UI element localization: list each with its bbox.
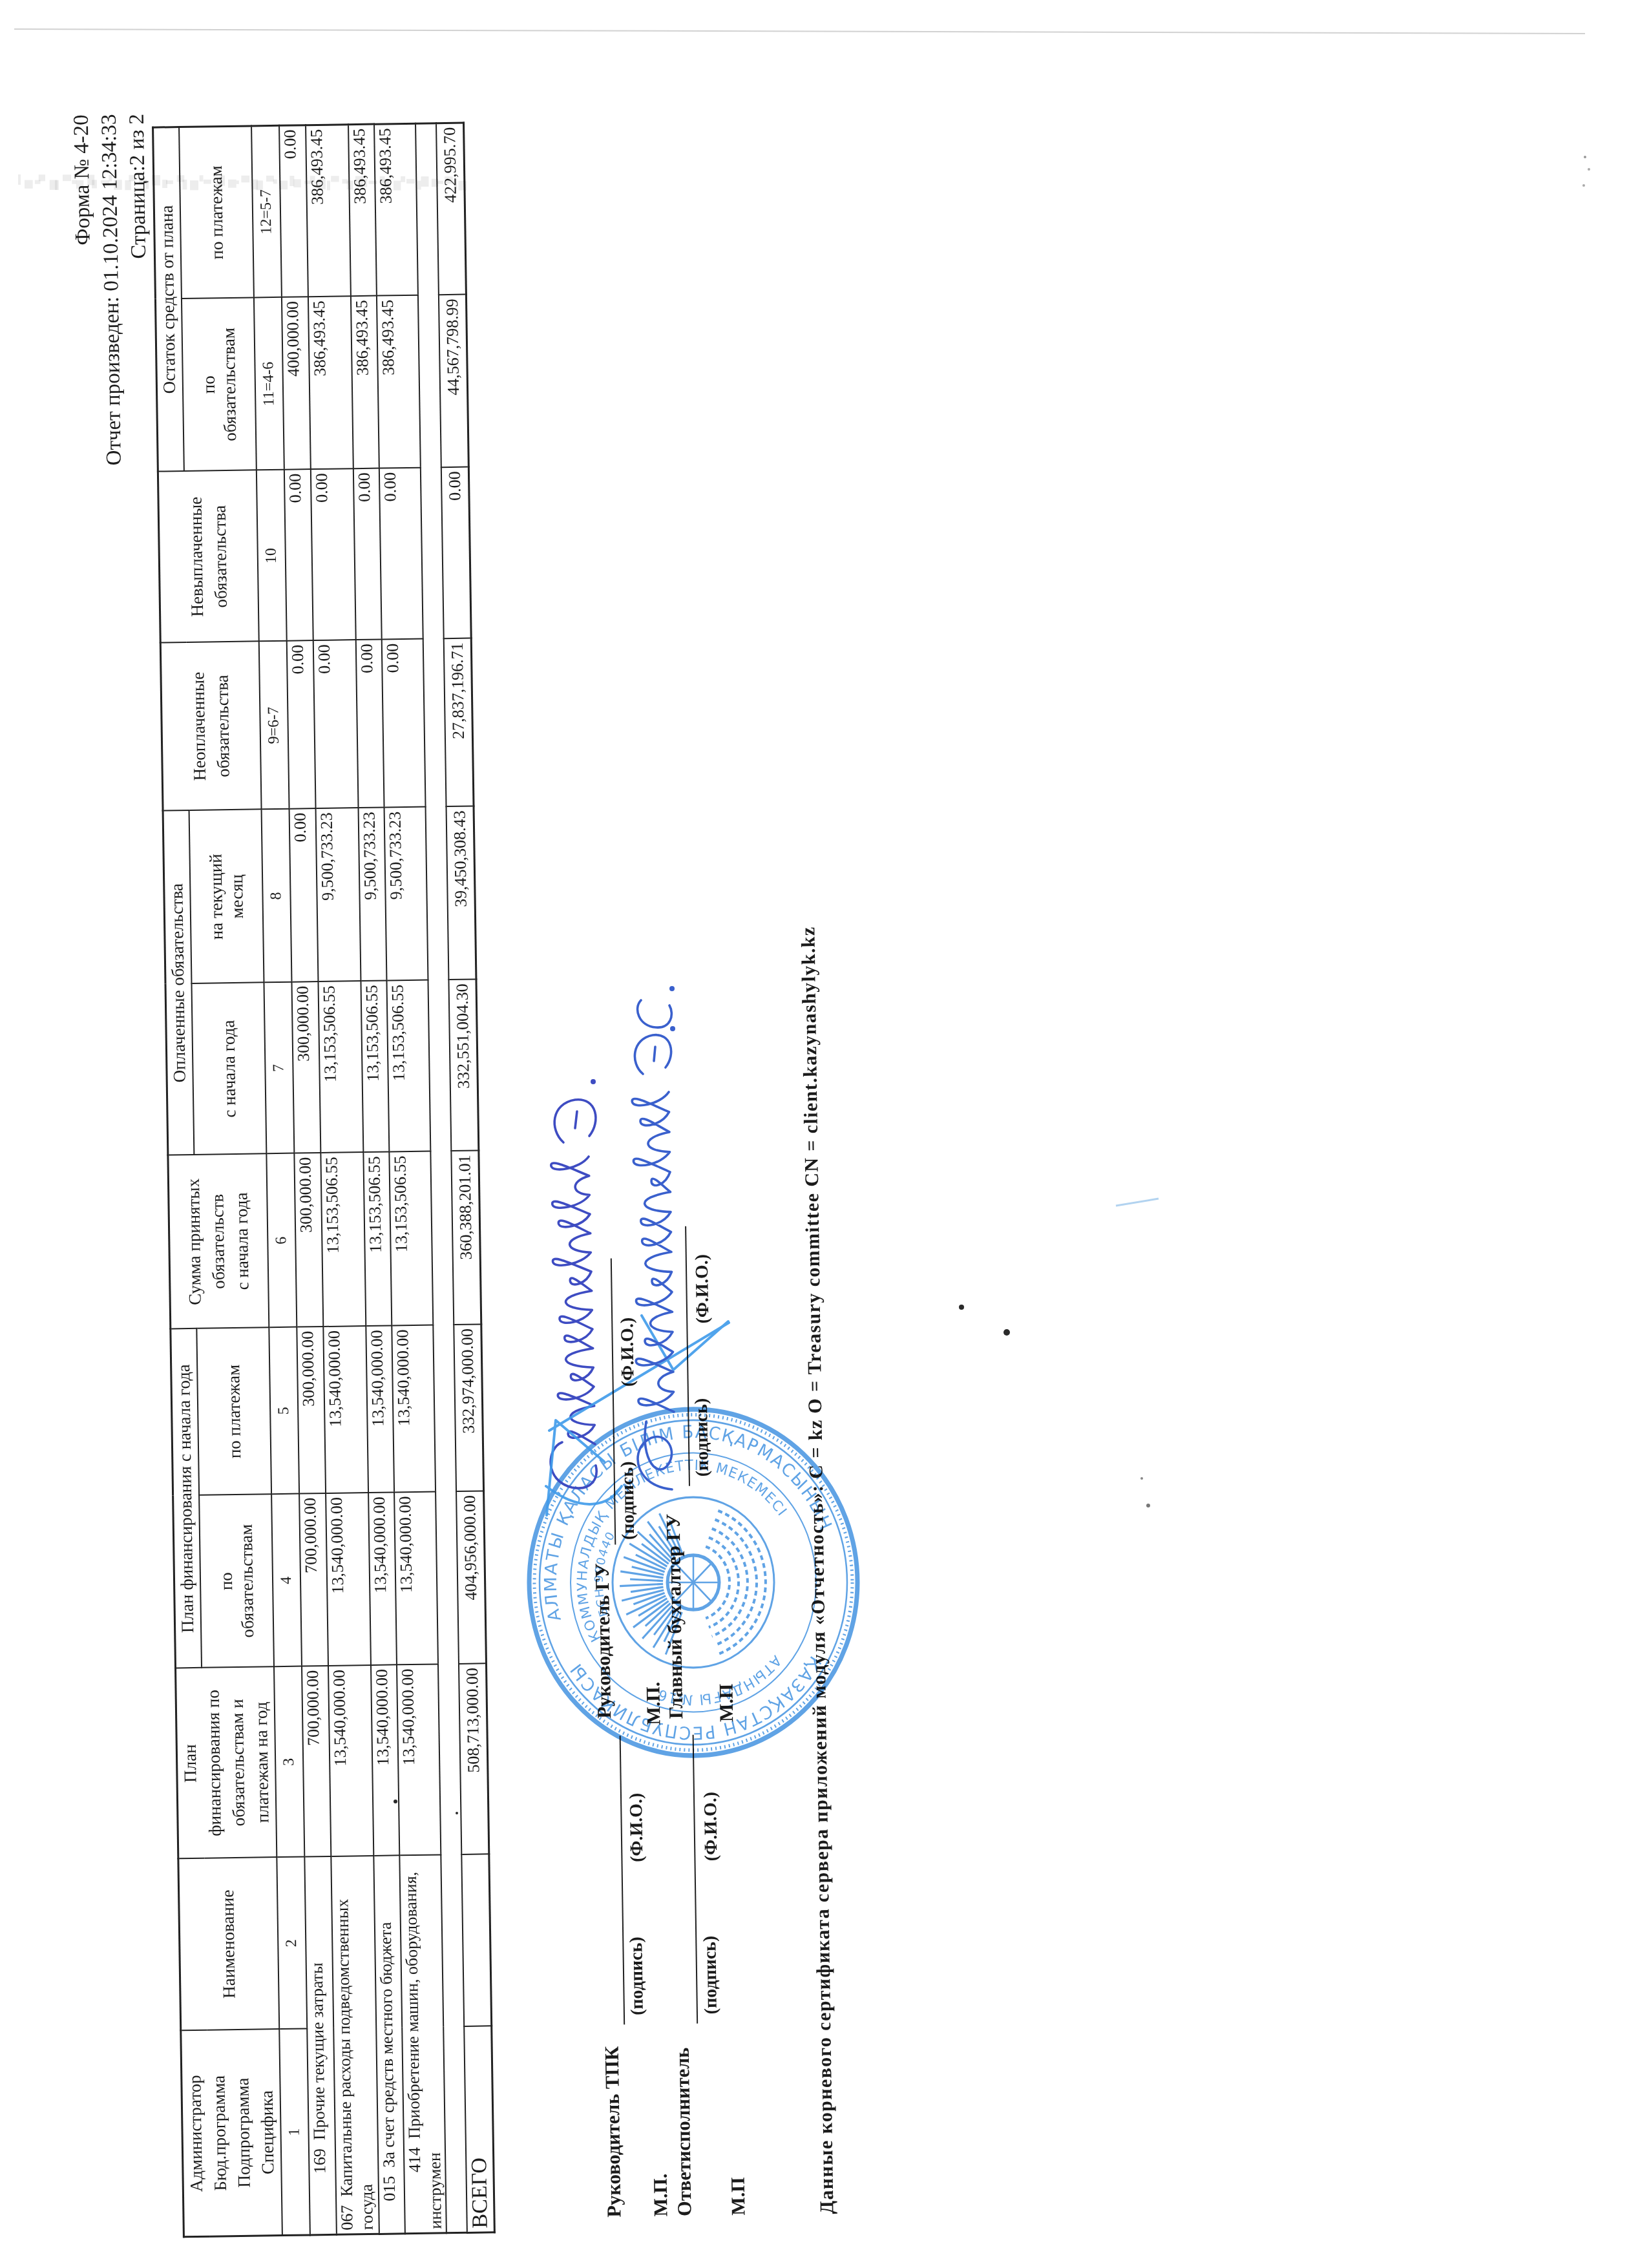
- cell-plan-ytd-payments: 13,540,000.00: [366, 1326, 394, 1493]
- header-balance-obligations: по обязательствам: [181, 298, 256, 472]
- cell-plan-annual: 700,000.00: [302, 1666, 331, 1857]
- column-number: 10: [256, 470, 286, 642]
- header-line: Неоплаченные: [186, 646, 213, 807]
- cell-balance-obligations: 386,493.45: [350, 296, 379, 469]
- certificate-info: Данные корневого сертификата сервера при…: [798, 926, 837, 2214]
- column-number: 11=4-6: [253, 297, 284, 470]
- column-number: 9=6-7: [258, 641, 289, 810]
- name-hint: (Ф.И.О.): [693, 1254, 713, 1324]
- header-line: обязательств: [205, 1159, 232, 1325]
- column-number: 1: [279, 2029, 310, 2236]
- seal-mark: М.П: [716, 1684, 737, 1723]
- header-annual-plan: План финансирования по обязательствам и …: [176, 1667, 277, 1859]
- total-accepted-ytd: 360,388,201.01: [451, 1151, 481, 1325]
- budget-code: 169: [310, 2148, 329, 2174]
- page-content: Форма № 4-20 Отчет произведен: 01.10.202…: [0, 0, 1649, 2268]
- header-plan-ytd-obligations: по обязательствам: [199, 1495, 274, 1668]
- rotated-page: Форма № 4-20 Отчет произведен: 01.10.202…: [0, 0, 1649, 2268]
- header-administrator: Администратор Бюд.программа Подпрограмма…: [181, 2030, 282, 2237]
- budget-code: 067: [337, 2205, 357, 2230]
- cell-undisbursed: 0.00: [310, 469, 355, 641]
- name-hint: (Ф.И.О.): [618, 1318, 638, 1387]
- cell-unpaid: 0.00: [381, 639, 425, 808]
- header-paid-current-month: на текущий месяц: [189, 810, 264, 984]
- signature-hint: (подпись): [627, 1937, 647, 2015]
- header-line: с начала года: [229, 1158, 256, 1325]
- seal-mark: М.П.: [643, 1682, 664, 1725]
- cell-unpaid: 0.00: [355, 640, 384, 808]
- cell-balance-obligations: 386,493.45: [308, 297, 353, 470]
- budget-code: 015: [379, 2176, 399, 2201]
- cell-plan-ytd-obligations: 13,540,000.00: [394, 1492, 438, 1665]
- header-unpaid-obligations: Неоплаченные обязательства: [160, 642, 261, 811]
- header-undisbursed-obligations: Невыплаченные обязательства: [158, 470, 258, 643]
- header-line: обязательствам: [218, 302, 241, 467]
- total-plan-ytd-payments: 332,974,000.00: [454, 1325, 483, 1492]
- cell-plan-annual: 13,540,000.00: [328, 1665, 373, 1856]
- header-line: Специфика: [254, 2033, 280, 2232]
- signer-role-chief-accountant: Главный бухгалтер ГУ: [663, 1513, 687, 1719]
- total-paid-ytd: 332,551,004.30: [448, 980, 478, 1151]
- header-line: Администратор: [182, 2034, 209, 2232]
- header-line: по: [215, 1499, 238, 1664]
- cell-plan-ytd-payments: 300,000.00: [297, 1327, 326, 1494]
- budget-item-name: Прочие текущие затраты: [307, 1962, 328, 2140]
- seal-mark: М.П: [728, 2177, 750, 2216]
- header-name: Наименование: [178, 1858, 279, 2031]
- budget-item-name: За счет средств местного бюджета: [375, 1922, 398, 2168]
- cell-plan-annual: 13,540,000.00: [370, 1665, 399, 1856]
- signer-role-institution-head: Руководитель ГУ: [592, 1563, 615, 1719]
- total-name-cell: [461, 1854, 491, 2027]
- header-line: Подпрограмма: [230, 2033, 257, 2232]
- column-number: 5: [269, 1327, 299, 1495]
- total-balance-obligations: 44,567,798.99: [438, 295, 468, 468]
- header-line: платежам на год: [249, 1671, 275, 1854]
- cell-plan-ytd-payments: 13,540,000.00: [392, 1325, 436, 1493]
- header-line: обязательства: [207, 474, 234, 638]
- cell-balance-obligations: 400,000.00: [281, 297, 310, 470]
- cell-accepted-ytd: 13,153,506.55: [320, 1153, 366, 1327]
- cell-paid-ytd: 13,153,506.55: [361, 981, 389, 1153]
- header-line: Оплаченные обязательства: [164, 814, 193, 1151]
- cell-accepted-ytd: 300,000.00: [294, 1153, 323, 1328]
- header-balance-payments: по платежам: [179, 126, 254, 299]
- cell-undisbursed: 0.00: [379, 468, 423, 640]
- header-line: План: [177, 1672, 204, 1855]
- cell-paid-current-month: 9,500,733.23: [358, 808, 386, 982]
- total-paid-current-month: 39,450,308.43: [446, 806, 476, 980]
- cell-balance-payments: 386,493.45: [374, 123, 418, 296]
- signature-line: [620, 1736, 625, 2024]
- row-label: 414Приобретение машин, оборудования, инс…: [399, 1855, 446, 2234]
- cell-plan-ytd-obligations: 13,540,000.00: [326, 1493, 371, 1666]
- header-line: Невыплаченные: [184, 475, 210, 639]
- column-number: 12=5-7: [251, 125, 282, 298]
- header-line: обязательствам: [235, 1498, 258, 1663]
- cell-accepted-ytd: 13,153,506.55: [389, 1151, 433, 1326]
- cell-paid-current-month: 9,500,733.23: [384, 807, 428, 981]
- seal-mark: М.П.: [651, 2174, 672, 2217]
- name-hint: (Ф.И.О.): [627, 1792, 647, 1862]
- header-line: Наименование: [216, 1862, 242, 2026]
- name-hint: (Ф.И.О.): [702, 1792, 721, 1862]
- column-number: 8: [261, 809, 291, 983]
- cell-undisbursed: 0.00: [353, 468, 381, 640]
- signature-hint: (подпись): [693, 1398, 712, 1477]
- signer-role-tpk-head: Руководитель ТПК: [602, 2046, 625, 2218]
- cell-balance-payments: 0.00: [279, 125, 308, 298]
- total-balance-payments: 422,995.70: [436, 123, 466, 295]
- header-line: финансирования по: [201, 1672, 227, 1855]
- header-line: обязательства: [210, 646, 236, 806]
- header-line: обязательствам и: [225, 1671, 251, 1854]
- budget-code: 414: [404, 2147, 424, 2172]
- header-line: на текущий: [204, 814, 227, 980]
- total-undisbursed: 0.00: [441, 467, 470, 639]
- signature-hint: (подпись): [618, 1461, 638, 1540]
- cell-unpaid: 0.00: [313, 640, 358, 809]
- cell-paid-current-month: 0.00: [289, 809, 318, 983]
- cell-plan-annual: 13,540,000.00: [396, 1664, 440, 1856]
- column-number: 6: [266, 1153, 297, 1328]
- financing-report-table: Администратор Бюд.программа Подпрограмма…: [152, 122, 495, 2238]
- cell-undisbursed: 0.00: [284, 470, 313, 642]
- header-plan-ytd-payments: по платежам: [196, 1328, 271, 1496]
- budget-item-name: Приобретение машин, оборудования, инстру…: [401, 1872, 445, 2229]
- cell-paid-ytd: 13,153,506.55: [386, 980, 430, 1152]
- column-number: 2: [277, 1857, 307, 2030]
- total-label: ВСЕГО: [464, 2026, 494, 2233]
- signature-line: [693, 1735, 698, 2024]
- cell-accepted-ytd: 13,153,506.55: [363, 1152, 392, 1327]
- header-line: Остаток средств от плана: [154, 131, 183, 468]
- cell-paid-current-month: 9,500,733.23: [315, 808, 361, 982]
- signature-line: [611, 1258, 616, 1544]
- cell-plan-ytd-obligations: 13,540,000.00: [368, 1493, 397, 1666]
- cell-paid-ytd: 13,153,506.55: [318, 982, 363, 1153]
- total-plan-annual: 508,713,000.00: [458, 1664, 488, 1855]
- header-line: План финансирования с начала года: [172, 1332, 201, 1664]
- cell-plan-ytd-payments: 13,540,000.00: [323, 1327, 368, 1494]
- cell-plan-ytd-obligations: 700,000.00: [299, 1493, 328, 1666]
- row-label: 067Капитальные расходы подведомственных …: [331, 1856, 379, 2234]
- header-line: месяц: [225, 814, 248, 979]
- header-line: Сумма принятых: [182, 1159, 208, 1325]
- header-line: по платежам: [222, 1332, 246, 1491]
- total-unpaid: 27,837,196.71: [443, 638, 473, 807]
- column-number: 3: [274, 1666, 304, 1858]
- total-plan-ytd-obligations: 404,956,000.00: [456, 1491, 486, 1664]
- header-line: Бюд.программа: [206, 2034, 233, 2232]
- header-line: по платежам: [205, 131, 228, 295]
- header-line: с начала года: [217, 987, 240, 1150]
- signature-line: [685, 1226, 690, 1486]
- column-number: 4: [271, 1494, 302, 1667]
- cell-paid-ytd: 300,000.00: [291, 982, 320, 1154]
- budget-item-name: Капитальные расходы подведомственных гос…: [333, 1899, 377, 2231]
- column-number: 7: [264, 982, 294, 1154]
- scanned-report-page: Форма № 4-20 Отчет произведен: 01.10.202…: [0, 0, 1649, 2268]
- signature-hint: (подпись): [701, 1935, 720, 2014]
- cell-balance-payments: 386,493.45: [348, 124, 377, 297]
- report-header: Форма № 4-20 Отчет произведен: 01.10.202…: [68, 114, 156, 467]
- cell-unpaid: 0.00: [286, 641, 315, 810]
- header-accepted-obligations: Сумма принятых обязательств с начала год…: [168, 1154, 269, 1329]
- table-body: 169Прочие текущие затраты700,000.00700,0…: [279, 123, 494, 2235]
- signer-role-executor: Ответисполнитель: [672, 2047, 695, 2216]
- header-line: по: [197, 302, 220, 467]
- cell-balance-payments: 386,493.45: [306, 125, 351, 297]
- cell-balance-obligations: 386,493.45: [376, 295, 420, 468]
- page-indicator: Страница:2 из 2: [123, 114, 156, 465]
- header-paid-ytd: с начала года: [191, 983, 266, 1155]
